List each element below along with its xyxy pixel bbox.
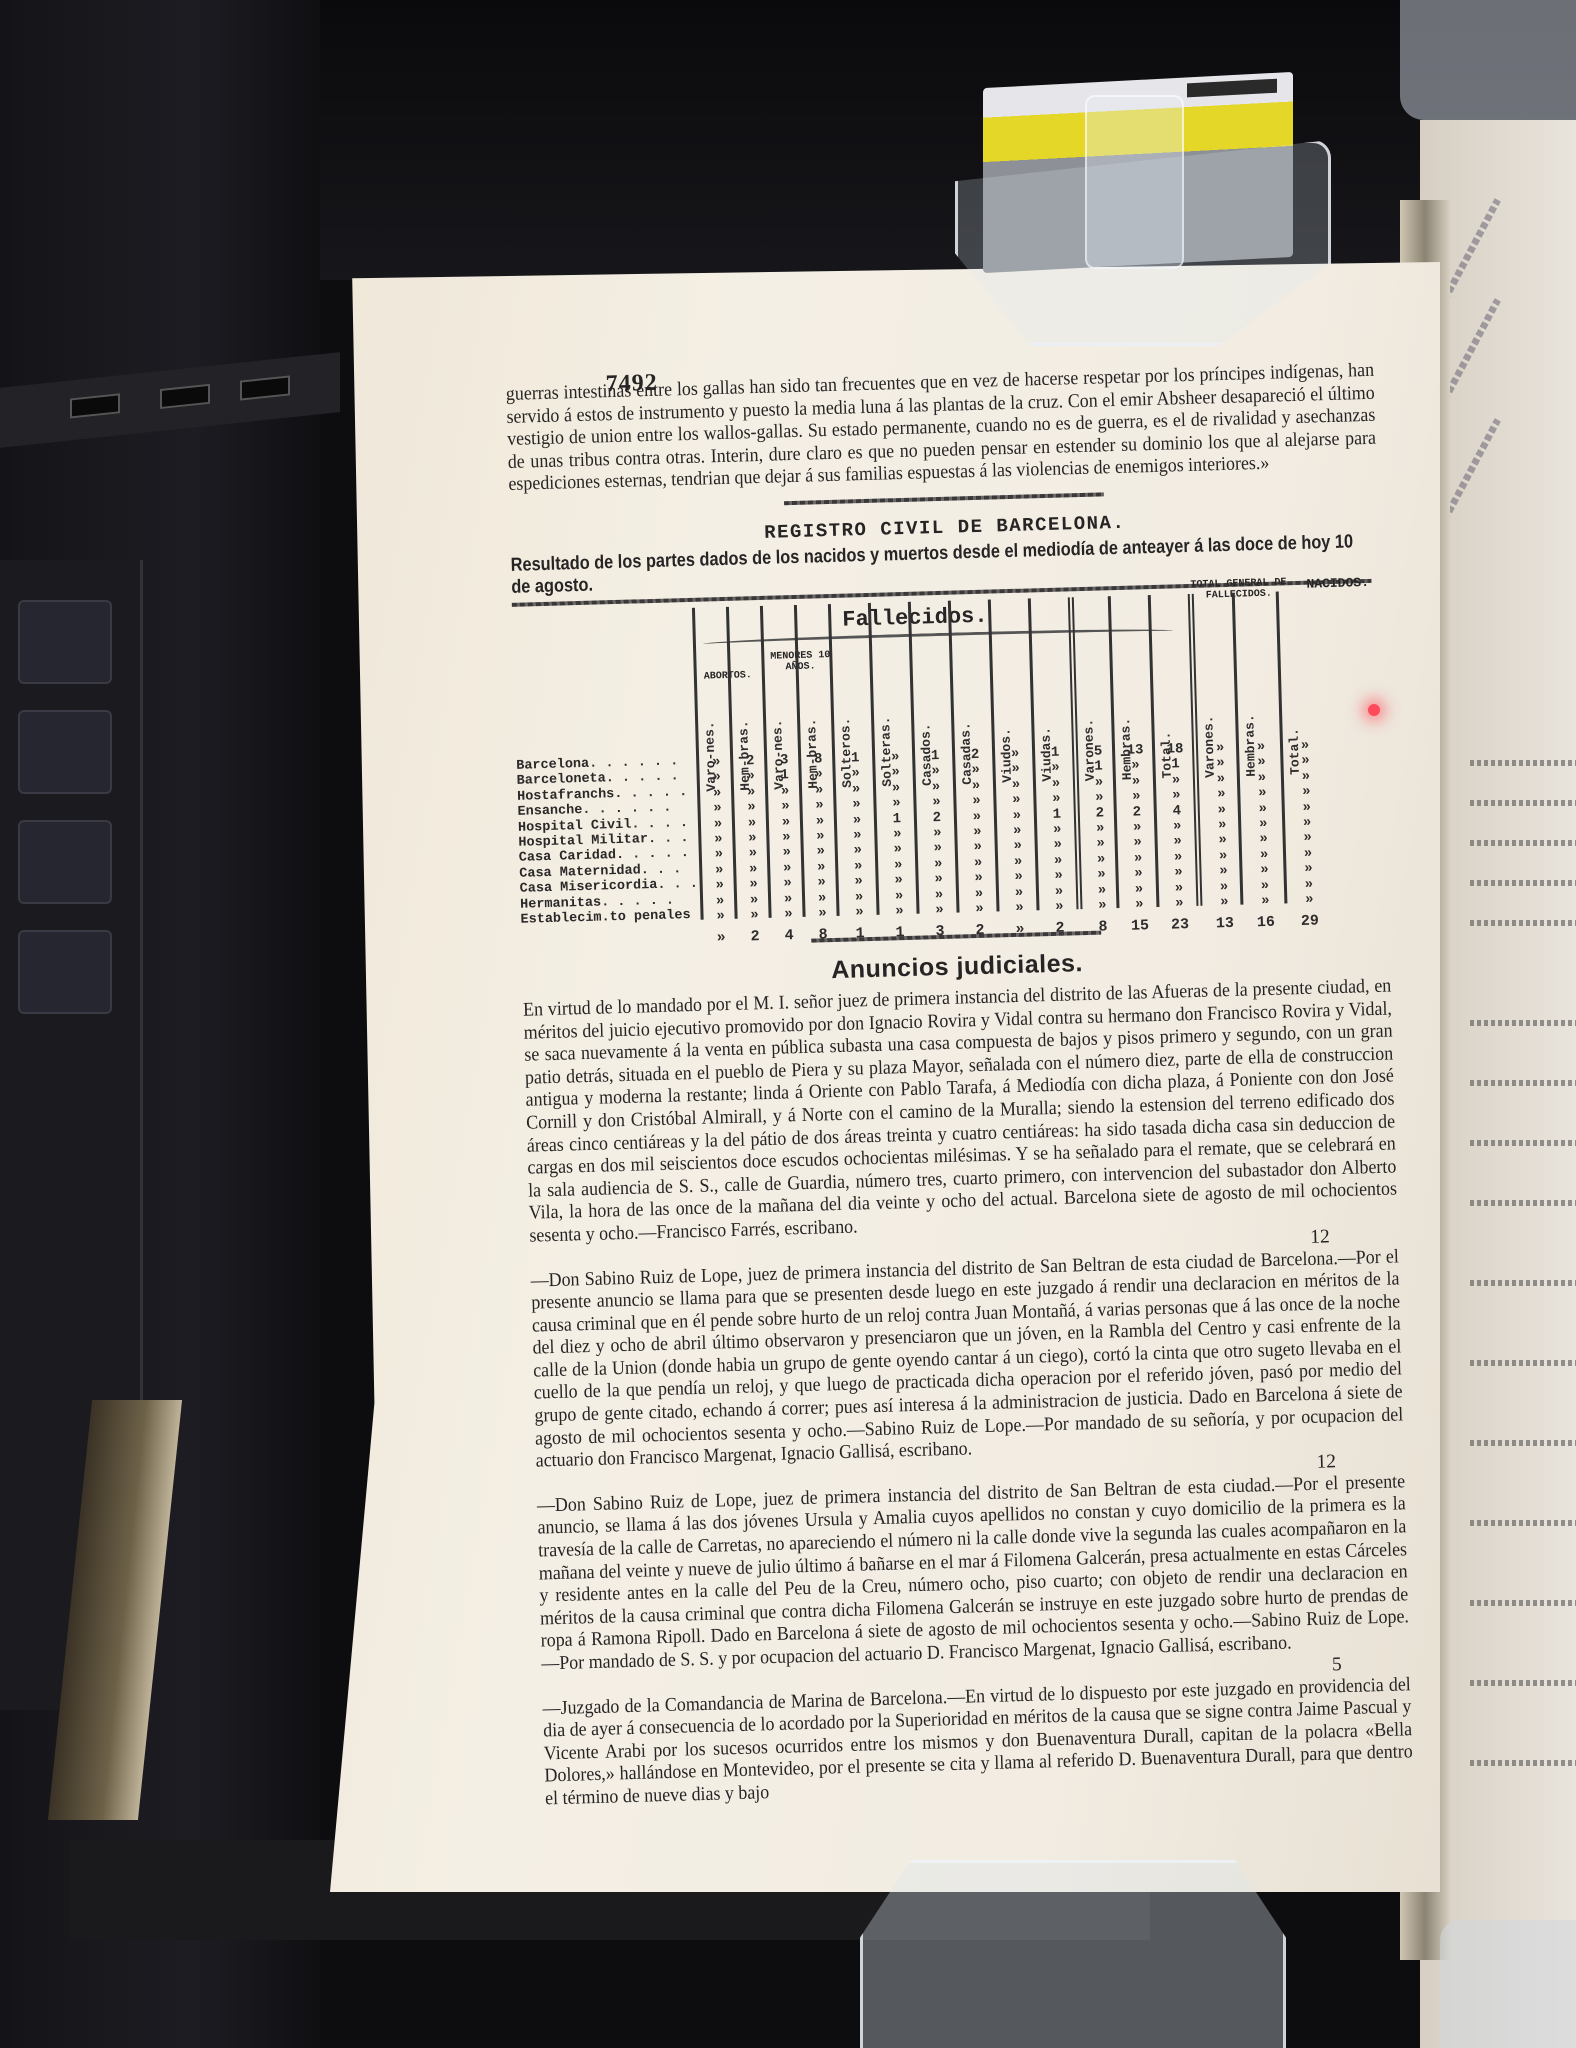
table-cell: » bbox=[770, 845, 804, 861]
column-total: 1 bbox=[880, 924, 920, 942]
facing-page-text bbox=[1470, 1360, 1576, 1366]
table-cell: » bbox=[919, 903, 959, 920]
table-cell: » bbox=[1284, 784, 1328, 801]
notices: En virtud de lo mandado por el M. I. señ… bbox=[523, 975, 1415, 1811]
table-cell: » bbox=[918, 841, 958, 858]
table-cell: » bbox=[1242, 863, 1286, 880]
column-total: » bbox=[704, 929, 738, 947]
scanner-key bbox=[18, 930, 112, 1014]
table-cell: » bbox=[838, 843, 878, 860]
facing-page-text bbox=[1470, 1680, 1576, 1686]
table-cell: » bbox=[958, 871, 998, 888]
table-cell: » bbox=[768, 799, 802, 815]
column-total: 29 bbox=[1288, 912, 1332, 930]
row-labels: Barcelona. . . . . .Barceloneta. . . . .… bbox=[516, 754, 699, 928]
column-total: 8 bbox=[1083, 918, 1123, 936]
table-cell: » bbox=[839, 905, 879, 922]
table-column: Total.»»»»»»»»»»»29 bbox=[1276, 590, 1332, 903]
scanner-key bbox=[18, 600, 112, 684]
registro-table: Barcelona. . . . . .Barceloneta. . . . .… bbox=[512, 589, 1391, 943]
column-total: 4 bbox=[772, 927, 806, 945]
table-cell: » bbox=[804, 844, 838, 860]
table-cell: » bbox=[1117, 835, 1157, 852]
table-cell: » bbox=[703, 909, 737, 925]
facing-page-text bbox=[1470, 840, 1576, 846]
facing-page-text bbox=[1470, 1140, 1576, 1146]
table-cell: » bbox=[999, 900, 1039, 917]
notice-text: En virtud de lo mandado por el M. I. señ… bbox=[523, 975, 1398, 1248]
table-cell: » bbox=[1035, 761, 1075, 778]
column-total: » bbox=[1000, 920, 1040, 938]
column-total: 2 bbox=[738, 928, 772, 946]
facing-page-text bbox=[1470, 880, 1576, 886]
table-cell: » bbox=[915, 764, 955, 781]
table-cell: » bbox=[1116, 789, 1156, 806]
table-cell: » bbox=[1285, 831, 1329, 848]
table-cell: » bbox=[805, 906, 839, 922]
column-total: 13 bbox=[1203, 914, 1247, 932]
table-cell: » bbox=[737, 908, 771, 924]
table-cell: » bbox=[703, 878, 737, 894]
table-cell: » bbox=[879, 904, 919, 921]
column-total: 1 bbox=[840, 925, 880, 943]
table-cell: » bbox=[996, 793, 1036, 810]
page-clamp-bottom bbox=[860, 1860, 1286, 2048]
table-cell: » bbox=[1115, 758, 1155, 775]
table-cell: » bbox=[1158, 865, 1198, 882]
laser-dot bbox=[1368, 704, 1380, 716]
table-cell: » bbox=[699, 770, 733, 786]
table-cell: » bbox=[916, 795, 956, 812]
table-cell: » bbox=[1287, 892, 1331, 909]
table-cell: » bbox=[736, 877, 770, 893]
table-cell: » bbox=[1038, 838, 1078, 855]
page-clamp-bottom-right bbox=[1440, 1920, 1576, 2048]
column-total: 16 bbox=[1244, 913, 1288, 931]
table-cell: » bbox=[734, 800, 768, 816]
table-cell: » bbox=[1039, 899, 1079, 916]
table-cell: » bbox=[770, 876, 804, 892]
column-cells: »»»»»»»»»»» bbox=[1283, 738, 1332, 909]
table-cell: » bbox=[801, 767, 835, 783]
table-cell: » bbox=[958, 840, 998, 857]
table-cell: » bbox=[1283, 754, 1327, 771]
facing-page-text bbox=[1470, 1080, 1576, 1086]
table-cell: » bbox=[802, 798, 836, 814]
facing-page-text bbox=[1470, 1280, 1576, 1286]
table-cell: » bbox=[1038, 868, 1078, 885]
table-cell: » bbox=[736, 846, 770, 862]
table-cell: » bbox=[956, 794, 996, 811]
scanner-key bbox=[18, 710, 112, 794]
table-cell: » bbox=[875, 765, 915, 782]
facing-page-text bbox=[1470, 1760, 1576, 1766]
table-cell: » bbox=[1159, 896, 1199, 913]
page-clamp-top-right bbox=[1400, 0, 1576, 120]
table-cell: » bbox=[878, 842, 918, 859]
rail-slot bbox=[160, 384, 210, 409]
divider bbox=[784, 492, 1104, 505]
column-total: 23 bbox=[1160, 916, 1200, 934]
page-content: 7492 guerras intestinas entre los gallas… bbox=[505, 338, 1415, 1811]
table-cell: » bbox=[1119, 897, 1159, 914]
facing-page-text bbox=[1470, 1520, 1576, 1526]
table-cell: » bbox=[838, 874, 878, 891]
table-cell: » bbox=[878, 873, 918, 890]
table-cell: » bbox=[733, 769, 767, 785]
page-clamp-top bbox=[955, 40, 1315, 310]
table-cell: » bbox=[1243, 893, 1287, 910]
rail-slot bbox=[70, 393, 120, 418]
facing-page-text bbox=[1470, 760, 1576, 766]
table-cell: » bbox=[998, 870, 1038, 887]
table-cell: » bbox=[876, 796, 916, 813]
facing-page-text bbox=[1470, 800, 1576, 806]
column-total: 2 bbox=[1040, 919, 1080, 937]
facing-page-text bbox=[1470, 920, 1576, 926]
table-cell: » bbox=[995, 762, 1035, 779]
table-cell: » bbox=[1036, 791, 1076, 808]
table-cell: » bbox=[700, 801, 734, 817]
table-cell: » bbox=[1240, 786, 1284, 803]
clamp-label-bar bbox=[1187, 79, 1277, 98]
column-total: 15 bbox=[1120, 917, 1160, 935]
facing-page-text bbox=[1470, 1200, 1576, 1206]
table-cell: 1 bbox=[1155, 757, 1195, 774]
table-cell: » bbox=[1286, 861, 1330, 878]
table-cell: » bbox=[835, 766, 875, 783]
table-cell: » bbox=[1157, 834, 1197, 851]
table-cell: » bbox=[1239, 755, 1283, 772]
table-cell: » bbox=[955, 763, 995, 780]
intro-paragraph: guerras intestinas entre los gallas han … bbox=[506, 360, 1377, 497]
group-nacidos: NACIDOS. bbox=[1306, 575, 1369, 592]
column-total: 2 bbox=[960, 921, 1000, 939]
table-cell: » bbox=[1156, 788, 1196, 805]
table-cell: » bbox=[998, 839, 1038, 856]
facing-page-text bbox=[1470, 1600, 1576, 1606]
facing-page-text bbox=[1470, 1440, 1576, 1446]
table-cell: » bbox=[771, 907, 805, 923]
scanner-key bbox=[18, 820, 112, 904]
table-cell: 1 bbox=[767, 768, 801, 784]
table-cell: » bbox=[959, 901, 999, 918]
rail-slot bbox=[240, 375, 290, 400]
notice-text: —Don Sabino Ruiz de Lope, juez de primer… bbox=[537, 1471, 1410, 1676]
notice-text: —Don Sabino Ruiz de Lope, juez de primer… bbox=[530, 1246, 1404, 1474]
table-cell: » bbox=[804, 875, 838, 891]
table-cell: » bbox=[1118, 866, 1158, 883]
table-cell: » bbox=[1241, 832, 1285, 849]
facing-page-text bbox=[1470, 1020, 1576, 1026]
table-cell: » bbox=[836, 797, 876, 814]
table-cell: » bbox=[702, 847, 736, 863]
column-total: 8 bbox=[806, 926, 840, 944]
table-cell: » bbox=[918, 872, 958, 889]
column-total: 3 bbox=[920, 922, 960, 940]
